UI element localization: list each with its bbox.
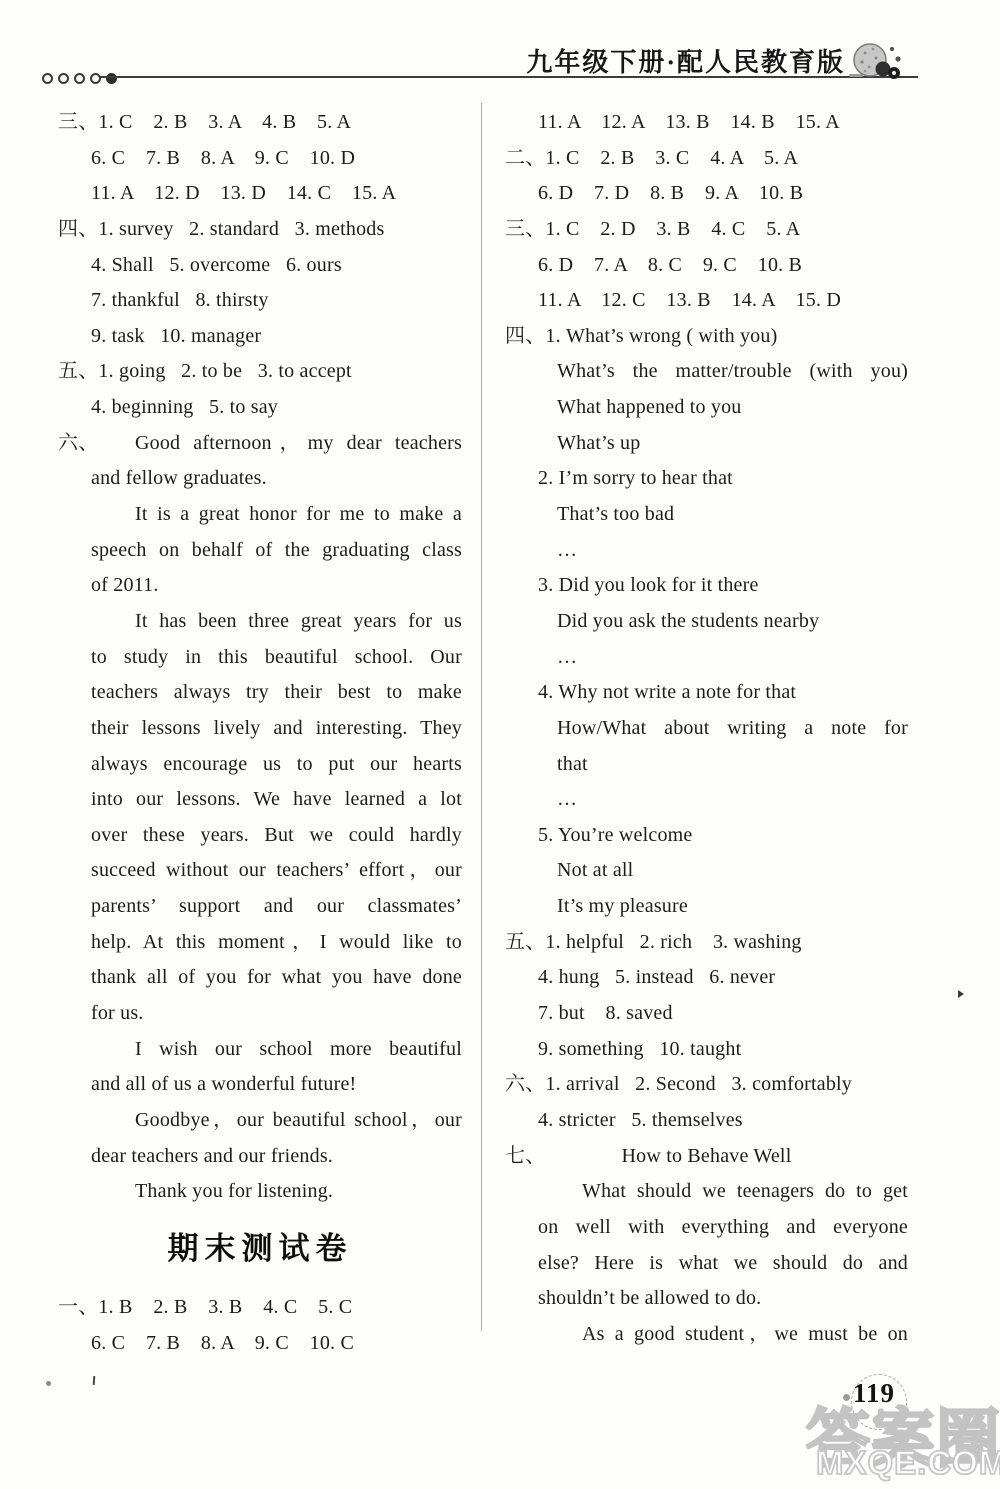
page-number: 119 <box>853 1378 895 1409</box>
text-line: speech on behalf of the graduating class <box>58 533 462 569</box>
text-line: succeed without our teachers’ effort，our <box>58 853 462 889</box>
line-text: What’s up <box>557 432 640 454</box>
line-text: … <box>557 788 579 810</box>
text-line: … <box>505 782 908 818</box>
text-line: help. At this moment，I would like to <box>58 925 462 961</box>
line-text: 6. C 7. B 8. A 9. C 10. D <box>91 147 355 169</box>
line-text: parents’ support and our classmates’ <box>91 895 462 917</box>
line-text: shouldn’t be allowed to do. <box>538 1287 761 1309</box>
text-line: Goodbye，our beautiful school，our <box>58 1103 462 1139</box>
line-text: their lessons lively and interesting. Th… <box>91 717 462 739</box>
line-text: 三、1. C 2. D 3. B 4. C 5. A <box>505 218 800 240</box>
line-text: on well with everything and everyone <box>538 1216 908 1238</box>
line-text: I wish our school more beautiful <box>135 1038 462 1060</box>
text-line: on well with everything and everyone <box>505 1210 908 1246</box>
text-line: 9. task 10. manager <box>58 319 462 355</box>
ring-dot-icon <box>58 73 69 84</box>
line-text: into our lessons. We have learned a lot <box>91 788 462 810</box>
scan-speck <box>93 1376 96 1385</box>
text-line: 5. You’re welcome <box>505 818 908 854</box>
text-line: How/What about writing a note for <box>505 711 908 747</box>
line-text: 三、1. C 2. B 3. A 4. B 5. A <box>58 111 351 133</box>
line-text: that <box>557 753 588 775</box>
text-line: 四、1. survey 2. standard 3. methods <box>58 212 462 248</box>
line-text: Did you ask the students nearby <box>557 610 819 632</box>
line-text: 11. A 12. A 13. B 14. B 15. A <box>538 111 840 133</box>
line-text: help. At this moment，I would like to <box>91 931 462 953</box>
line-text: … <box>557 646 579 668</box>
text-line: 三、1. C 2. B 3. A 4. B 5. A <box>58 105 462 141</box>
line-text: 一、1. B 2. B 3. B 4. C 5. C <box>58 1296 352 1318</box>
section-label: 六、 <box>58 426 98 462</box>
text-line: and fellow graduates. <box>58 461 462 497</box>
line-text: Good afternoon，my dear teachers <box>135 432 462 454</box>
left-column: 三、1. C 2. B 3. A 4. B 5. A6. C 7. B 8. A… <box>58 105 462 1361</box>
line-text: 6. C 7. B 8. A 9. C 10. C <box>91 1332 354 1354</box>
line-text: to study in this beautiful school. Our <box>91 646 462 668</box>
text-line: It has been three great years for us <box>58 604 462 640</box>
line-text: 五、1. going 2. to be 3. to accept <box>58 360 352 382</box>
line-text: 6. D 7. A 8. C 9. C 10. B <box>538 254 802 276</box>
text-line: 4. Shall 5. overcome 6. ours <box>58 248 462 284</box>
text-line: What’s up <box>505 426 908 462</box>
text-line: 一、1. B 2. B 3. B 4. C 5. C <box>58 1290 462 1326</box>
line-text: Goodbye，our beautiful school，our <box>135 1109 462 1131</box>
text-line: 7. but 8. saved <box>505 996 908 1032</box>
line-text: That’s too bad <box>557 503 674 525</box>
header-dots-decoration <box>42 73 117 84</box>
text-line: 七、How to Behave Well <box>505 1139 908 1175</box>
text-line: 6. C 7. B 8. A 9. C 10. C <box>58 1326 462 1362</box>
line-text: dear teachers and our friends. <box>91 1145 333 1167</box>
line-text: 7. but 8. saved <box>538 1002 673 1024</box>
text-line: 11. A 12. D 13. D 14. C 15. A <box>58 176 462 212</box>
line-text: … <box>557 539 579 561</box>
text-line: 4. hung 5. instead 6. never <box>505 960 908 996</box>
text-line: I wish our school more beautiful <box>58 1032 462 1068</box>
line-text: 四、1. What’s wrong ( with you) <box>505 325 777 347</box>
line-text: 4. beginning 5. to say <box>91 396 278 418</box>
line-text: 4. stricter 5. themselves <box>538 1109 743 1131</box>
text-line: 4. beginning 5. to say <box>58 390 462 426</box>
line-text: 2. I’m sorry to hear that <box>538 467 733 489</box>
line-text: Thank you for listening. <box>135 1180 333 1202</box>
section-label: 七、 <box>505 1139 545 1175</box>
line-text: 六、1. arrival 2. Second 3. comfortably <box>505 1073 852 1095</box>
text-line: What happened to you <box>505 390 908 426</box>
solid-dot-icon <box>106 73 117 84</box>
line-text: 二、1. C 2. B 3. C 4. A 5. A <box>505 147 798 169</box>
text-line: 2. I’m sorry to hear that <box>505 461 908 497</box>
line-text: As a good student，we must be on <box>582 1323 908 1345</box>
text-line: 4. Why not write a note for that <box>505 675 908 711</box>
edition-title: 九年级下册·配人民教育版 <box>526 42 845 79</box>
text-line: Did you ask the students nearby <box>505 604 908 640</box>
text-line: It’s my pleasure <box>505 889 908 925</box>
column-divider <box>481 103 482 1331</box>
line-text: 9. something 10. taught <box>538 1038 741 1060</box>
line-text: over these years. But we could hardly <box>91 824 462 846</box>
text-line: 三、1. C 2. D 3. B 4. C 5. A <box>505 212 908 248</box>
line-text: 四、1. survey 2. standard 3. methods <box>58 218 384 240</box>
line-text: 11. A 12. D 13. D 14. C 15. A <box>91 182 396 204</box>
text-line: … <box>505 640 908 676</box>
line-text: 五、1. helpful 2. rich 3. washing <box>505 931 802 953</box>
text-line: What should we teenagers do to get <box>505 1174 908 1210</box>
line-text: 6. D 7. D 8. B 9. A 10. B <box>538 182 803 204</box>
ring-dot-icon <box>90 73 101 84</box>
line-text: It has been three great years for us <box>135 610 462 632</box>
line-text: Not at all <box>557 859 633 881</box>
line-text: thank all of you for what you have done <box>91 966 462 988</box>
text-line: teachers always try their best to make <box>58 675 462 711</box>
text-line: 7. thankful 8. thirsty <box>58 283 462 319</box>
text-line: 11. A 12. C 13. B 14. A 15. D <box>505 283 908 319</box>
text-line: 四、1. What’s wrong ( with you) <box>505 319 908 355</box>
line-text: It’s my pleasure <box>557 895 688 917</box>
line-text: and fellow graduates. <box>91 467 267 489</box>
text-line: into our lessons. We have learned a lot <box>58 782 462 818</box>
text-line: for us. <box>58 996 462 1032</box>
text-line: 9. something 10. taught <box>505 1032 908 1068</box>
text-line: As a good student，we must be on <box>505 1317 908 1353</box>
text-line: that <box>505 747 908 783</box>
line-text: always encourage us to put our hearts <box>91 753 462 775</box>
text-line: What’s the matter/trouble (with you) <box>505 354 908 390</box>
line-text: and all of us a wonderful future! <box>91 1073 356 1095</box>
text-line: parents’ support and our classmates’ <box>58 889 462 925</box>
text-line: and all of us a wonderful future! <box>58 1067 462 1103</box>
text-line: 6. D 7. A 8. C 9. C 10. B <box>505 248 908 284</box>
line-text: else? Here is what we should do and <box>538 1252 908 1274</box>
text-line: 4. stricter 5. themselves <box>505 1103 908 1139</box>
text-line: It is a great honor for me to make a <box>58 497 462 533</box>
line-text: 4. Shall 5. overcome 6. ours <box>91 254 342 276</box>
text-line: 五、1. helpful 2. rich 3. washing <box>505 925 908 961</box>
text-line: of 2011. <box>58 568 462 604</box>
text-line: 六、1. arrival 2. Second 3. comfortably <box>505 1067 908 1103</box>
text-line: dear teachers and our friends. <box>58 1139 462 1175</box>
text-line: over these years. But we could hardly <box>58 818 462 854</box>
right-column: 11. A 12. A 13. B 14. B 15. A二、1. C 2. B… <box>505 105 908 1352</box>
scan-speck <box>46 1381 51 1386</box>
text-line: to study in this beautiful school. Our <box>58 640 462 676</box>
text-line: else? Here is what we should do and <box>505 1246 908 1282</box>
text-line: always encourage us to put our hearts <box>58 747 462 783</box>
line-text: What happened to you <box>557 396 742 418</box>
line-text: It is a great honor for me to make a <box>135 503 462 525</box>
line-text: What should we teenagers do to get <box>582 1180 908 1202</box>
text-line: Not at all <box>505 853 908 889</box>
line-text: of 2011. <box>91 574 159 596</box>
line-text: 期末测试卷 <box>168 1231 353 1266</box>
text-line: Thank you for listening. <box>58 1174 462 1210</box>
line-text: 7. thankful 8. thirsty <box>91 289 269 311</box>
line-text: 11. A 12. C 13. B 14. A 15. D <box>538 289 841 311</box>
text-line: 六、Good afternoon，my dear teachers <box>58 426 462 462</box>
line-text: How to Behave Well <box>622 1145 792 1167</box>
text-line: 五、1. going 2. to be 3. to accept <box>58 354 462 390</box>
line-text: 5. You’re welcome <box>538 824 692 846</box>
line-text: What’s the matter/trouble (with you) <box>557 360 908 382</box>
line-text: succeed without our teachers’ effort，our <box>91 859 462 881</box>
section-heading: 期末测试卷 <box>58 1210 462 1290</box>
text-line: 6. D 7. D 8. B 9. A 10. B <box>505 176 908 212</box>
text-line: their lessons lively and interesting. Th… <box>58 711 462 747</box>
text-line: thank all of you for what you have done <box>58 960 462 996</box>
line-text: teachers always try their best to make <box>91 681 462 703</box>
line-text: 4. hung 5. instead 6. never <box>538 966 775 988</box>
line-text: speech on behalf of the graduating class <box>91 539 462 561</box>
line-text: How/What about writing a note for <box>557 717 908 739</box>
line-text: 4. Why not write a note for that <box>538 681 796 703</box>
scan-speck <box>958 990 964 998</box>
text-line: That’s too bad <box>505 497 908 533</box>
scanned-answer-page: 九年级下册·配人民教育版 三、1. C 2. B 3. A 4. B 5. A6… <box>0 0 1000 1489</box>
text-line: 3. Did you look for it there <box>505 568 908 604</box>
text-line: 6. C 7. B 8. A 9. C 10. D <box>58 141 462 177</box>
watermark-site: MXQE.COM <box>816 1444 1000 1482</box>
text-line: 11. A 12. A 13. B 14. B 15. A <box>505 105 908 141</box>
publisher-stamp-icon <box>835 38 915 90</box>
text-line: 二、1. C 2. B 3. C 4. A 5. A <box>505 141 908 177</box>
ring-dot-icon <box>74 73 85 84</box>
line-text: 9. task 10. manager <box>91 325 261 347</box>
text-line: shouldn’t be allowed to do. <box>505 1281 908 1317</box>
line-text: for us. <box>91 1002 144 1024</box>
text-line: … <box>505 533 908 569</box>
line-text: 3. Did you look for it there <box>538 574 759 596</box>
ring-dot-icon <box>42 73 53 84</box>
